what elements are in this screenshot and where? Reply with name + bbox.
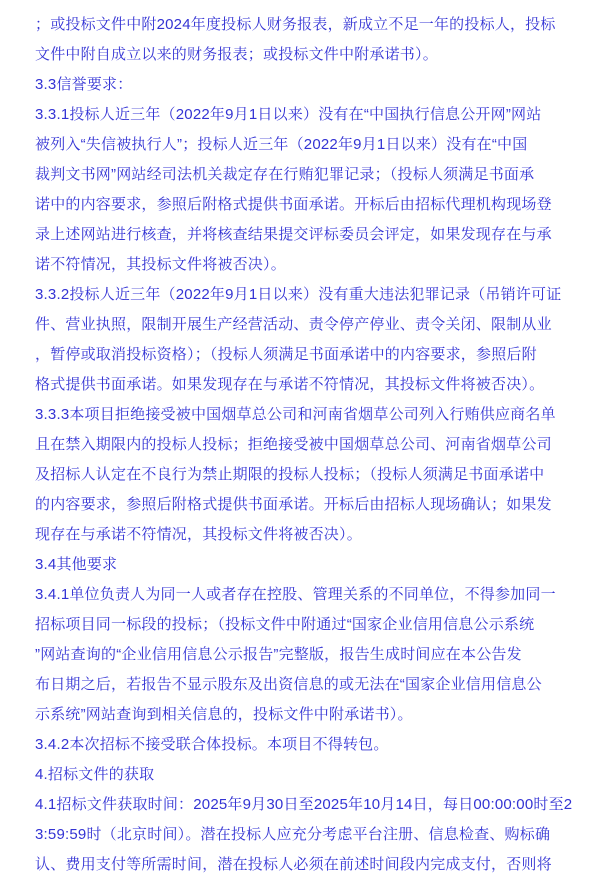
text-line: 4.招标文件的获取 [35, 760, 560, 790]
text-line: ；或投标文件中附2024年度投标人财务报表，新成立不足一年的投标人，投标 [35, 10, 560, 40]
text-line: 3.4.2本次招标不接受联合体投标。本项目不得转包。 [35, 730, 560, 760]
text-line: 录上述网站进行核查，并将核查结果提交评标委员会评定，如果发现存在与承 [35, 220, 560, 250]
text-line: 3.3.2投标人近三年（2022年9月1日以来）没有重大违法犯罪记录（吊销许可证 [35, 280, 560, 310]
text-line: ，暂停或取消投标资格）；（投标人须满足书面承诺中的内容要求，参照后附 [35, 340, 560, 370]
text-line: 3.3.1投标人近三年（2022年9月1日以来）没有在“中国执行信息公开网”网站 [35, 100, 560, 130]
text-line: 及招标人认定在不良行为禁止期限的投标人投标；（投标人须满足书面承诺中 [35, 460, 560, 490]
text-line: 且在禁入期限内的投标人投标；拒绝接受被中国烟草总公司、河南省烟草公司 [35, 430, 560, 460]
tender-notice-body: ；或投标文件中附2024年度投标人财务报表，新成立不足一年的投标人，投标文件中附… [0, 0, 590, 880]
text-line: 现存在与承诺不符情况，其投标文件将被否决）。 [35, 520, 560, 550]
text-line: 裁判文书网”网站经司法机关裁定存在行贿犯罪记录；（投标人须满足书面承 [35, 160, 560, 190]
document-page: ；或投标文件中附2024年度投标人财务报表，新成立不足一年的投标人，投标文件中附… [0, 0, 590, 888]
text-line: 3:59:59时（北京时间）。潜在投标人应充分考虑平台注册、信息检查、购标确 [35, 820, 560, 850]
text-line: 被列入“失信被执行人”；投标人近三年（2022年9月1日以来）没有在“中国 [35, 130, 560, 160]
text-line: 布日期之后，若报告不显示股东及出资信息的或无法在“国家企业信用信息公 [35, 670, 560, 700]
text-line: 招标项目同一标段的投标；（投标文件中附通过“国家企业信用信息公示系统 [35, 610, 560, 640]
text-line: 认、费用支付等所需时间，潜在投标人必须在前述时间段内完成支付，否则将 [35, 850, 560, 880]
text-line: 4.1招标文件获取时间：2025年9月30日至2025年10月14日，每日00:… [35, 790, 560, 820]
text-line: 3.3.3本项目拒绝接受被中国烟草总公司和河南省烟草公司列入行贿供应商名单 [35, 400, 560, 430]
text-line: ”网站查询的“企业信用信息公示报告”完整版，报告生成时间应在本公告发 [35, 640, 560, 670]
text-line: 文件中附自成立以来的财务报表；或投标文件中附承诺书）。 [35, 40, 560, 70]
text-line: 诺中的内容要求，参照后附格式提供书面承诺。开标后由招标代理机构现场登 [35, 190, 560, 220]
text-line: 3.3信誉要求： [35, 70, 560, 100]
text-line: 的内容要求，参照后附格式提供书面承诺。开标后由招标人现场确认；如果发 [35, 490, 560, 520]
text-line: 3.4.1单位负责人为同一人或者存在控股、管理关系的不同单位，不得参加同一 [35, 580, 560, 610]
text-line: 格式提供书面承诺。如果发现存在与承诺不符情况，其投标文件将被否决）。 [35, 370, 560, 400]
text-line: 件、营业执照，限制开展生产经营活动、责令停产停业、责令关闭、限制从业 [35, 310, 560, 340]
text-line: 3.4其他要求 [35, 550, 560, 580]
text-line: 示系统”网站查询到相关信息的，投标文件中附承诺书）。 [35, 700, 560, 730]
text-line: 诺不符情况，其投标文件将被否决）。 [35, 250, 560, 280]
